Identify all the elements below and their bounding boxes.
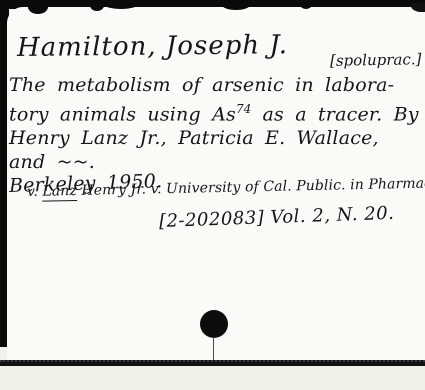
title-line-2: tory animals using As74 as a tracer. By <box>9 97 423 126</box>
isotope-superscript: 74 <box>236 102 251 116</box>
scan-artifact <box>90 0 104 11</box>
scanner-bed <box>0 366 425 390</box>
author-heading: Hamilton, Joseph J. <box>17 30 288 63</box>
ref-name-underlined: Lanz <box>42 183 77 202</box>
scan-artifact <box>300 0 312 9</box>
scan-artifact <box>104 0 138 9</box>
catalog-card: Hamilton, Joseph J. [spoluprac.] The met… <box>7 7 425 362</box>
scanned-catalog-card: Hamilton, Joseph J. [spoluprac.] The met… <box>0 0 425 390</box>
title-line-2-text: tory animals using As <box>9 103 236 125</box>
scan-artifact <box>28 0 48 14</box>
title-line-1: The metabolism of arsenic in labora- <box>9 73 423 97</box>
call-number-line: [2-202083] Vol. 2, N. 20. <box>159 203 395 232</box>
title-line-2-tail: as a tracer. By <box>251 103 418 125</box>
role-note: [spoluprac.] <box>329 50 421 70</box>
ref-prefix: v. <box>27 184 43 200</box>
hole-punch-dot <box>200 310 228 338</box>
scan-artifact <box>222 0 250 10</box>
